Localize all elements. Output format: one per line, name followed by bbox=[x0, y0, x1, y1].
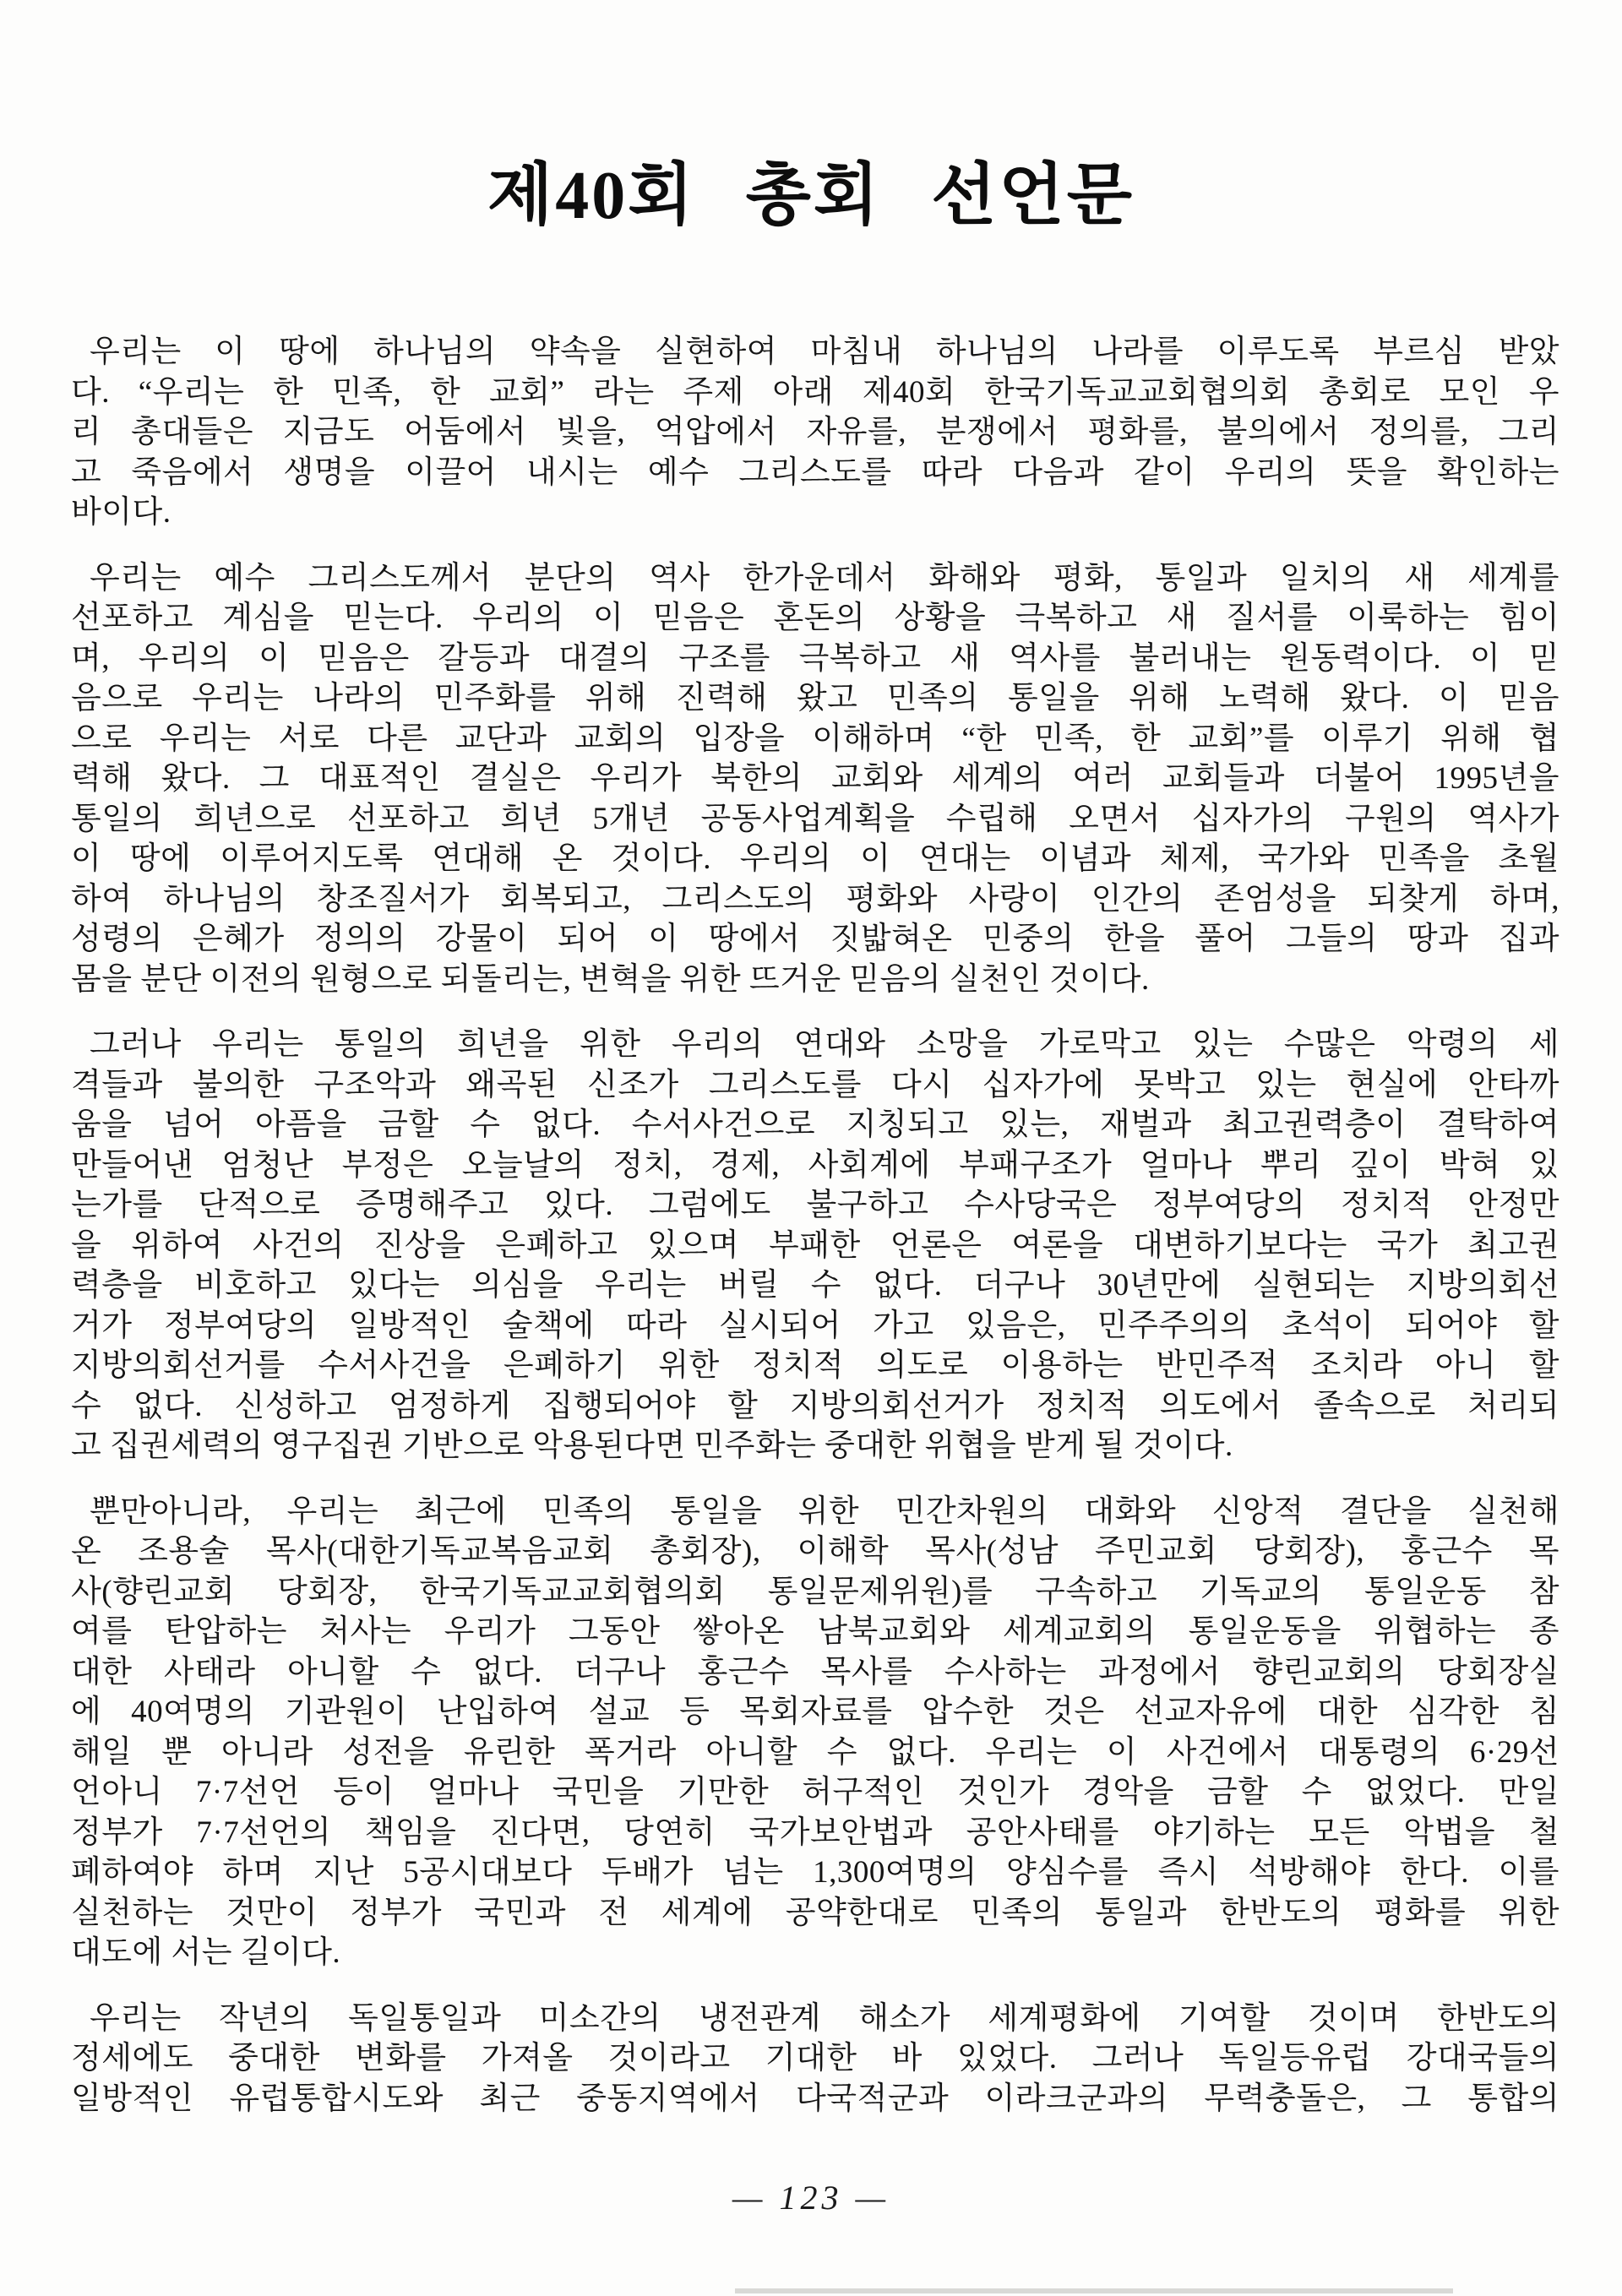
paragraph: 우리는 예수 그리스도께서 분단의 역사 한가운데서 화해와 평화, 통일과 일… bbox=[71, 558, 1559, 1000]
text-line: 실천하는 것만이 정부가 국민과 전 세계에 공약한대로 민족의 통일과 한반도… bbox=[71, 1893, 1559, 1934]
text-line: 음으로 우리는 나라의 민주화를 위해 진력해 왔고 민족의 통일을 위해 노력… bbox=[71, 678, 1559, 719]
scanned-document-page: 제40회 총회 선언문 우리는 이 땅에 하나님의 약속을 실현하여 마침내 하… bbox=[0, 0, 1622, 2296]
text-line: 는가를 단적으로 증명해주고 있다. 그럼에도 불구하고 수사당국은 정부여당의… bbox=[71, 1185, 1559, 1226]
text-line: 일방적인 유럽통합시도와 최근 중동지역에서 다국적군과 이라크군과의 무력충돌… bbox=[71, 2079, 1559, 2119]
text-line: 몸을 분단 이전의 원형으로 되돌리는, 변혁을 위한 뜨거운 믿음의 실천인 … bbox=[71, 960, 1559, 1000]
text-line: 으로 우리는 서로 다른 교단과 교회의 입장을 이해하며 “한 민족, 한 교… bbox=[71, 719, 1559, 759]
text-line: 우리는 이 땅에 하나님의 약속을 실현하여 마침내 하나님의 나라를 이루도록… bbox=[71, 332, 1559, 373]
text-line: 만들어낸 엄청난 부정은 오늘날의 정치, 경제, 사회계에 부패구조가 얼마나… bbox=[71, 1145, 1559, 1186]
text-line: 언아니 7·7선언 등이 얼마나 국민을 기만한 허구적인 것인가 경악을 금할… bbox=[71, 1772, 1559, 1813]
text-line: 거가 정부여당의 일방적인 술책에 따라 실시되어 가고 있음은, 민주주의의 … bbox=[71, 1306, 1559, 1347]
text-line: 대한 사태라 아니할 수 없다. 더구나 홍근수 목사를 수사하는 과정에서 향… bbox=[71, 1652, 1559, 1693]
text-line: 통일의 희년으로 선포하고 희년 5개년 공동사업계획을 수립해 오면서 십자가… bbox=[71, 799, 1559, 840]
text-line: 이 땅에 이루어지도록 연대해 온 것이다. 우리의 이 연대는 이념과 체제,… bbox=[71, 839, 1559, 879]
text-line: 뿐만아니라, 우리는 최근에 민족의 통일을 위한 민간차원의 대화와 신앙적 … bbox=[71, 1492, 1559, 1532]
text-line: 다. “우리는 한 민족, 한 교회” 라는 주제 아래 제40회 한국기독교교… bbox=[71, 373, 1559, 413]
text-line: 성령의 은혜가 정의의 강물이 되어 이 땅에서 짓밟혀온 민중의 한을 풀어 … bbox=[71, 919, 1559, 960]
text-line: 해일 뿐 아니라 성전을 유린한 폭거라 아니할 수 없다. 우리는 이 사건에… bbox=[71, 1733, 1559, 1773]
text-line: 격들과 불의한 구조악과 왜곡된 신조가 그리스도를 다시 십자가에 못박고 있… bbox=[71, 1065, 1559, 1106]
document-title: 제40회 총회 선언문 bbox=[0, 140, 1622, 237]
text-line: 정세에도 중대한 변화를 가져올 것이라고 기대한 바 있었다. 그러나 독일등… bbox=[71, 2038, 1559, 2079]
text-line: 폐하여야 하며 지난 5공시대보다 두배가 넘는 1,300여명의 양심수를 즉… bbox=[71, 1853, 1559, 1893]
text-line: 대도에 서는 길이다. bbox=[71, 1933, 1559, 1973]
text-line: 온 조용술 목사(대한기독교복음교회 총회장), 이해학 목사(성남 주민교회 … bbox=[71, 1532, 1559, 1572]
text-line: 에 40여명의 기관원이 난입하여 설교 등 목회자료를 압수한 것은 선교자유… bbox=[71, 1692, 1559, 1733]
text-line: 우리는 작년의 독일통일과 미소간의 냉전관계 해소가 세계평화에 기여할 것이… bbox=[71, 1999, 1559, 2039]
text-line: 바이다. bbox=[71, 492, 1559, 533]
text-line: 사(향린교회 당회장, 한국기독교교회협의회 통일문제위원)를 구속하고 기독교… bbox=[71, 1572, 1559, 1613]
text-line: 움을 넘어 아픔을 금할 수 없다. 수서사건으로 지칭되고 있는, 재벌과 최… bbox=[71, 1105, 1559, 1145]
text-line: 며, 우리의 이 믿음은 갈등과 대결의 구조를 극복하고 새 역사를 불러내는… bbox=[71, 639, 1559, 679]
text-line: 하여 하나님의 창조질서가 회복되고, 그리스도의 평화와 사랑이 인간의 존엄… bbox=[71, 879, 1559, 920]
paragraph: 뿐만아니라, 우리는 최근에 민족의 통일을 위한 민간차원의 대화와 신앙적 … bbox=[71, 1492, 1559, 1973]
paragraph: 우리는 이 땅에 하나님의 약속을 실현하여 마침내 하나님의 나라를 이루도록… bbox=[71, 332, 1559, 533]
text-line: 우리는 예수 그리스도께서 분단의 역사 한가운데서 화해와 평화, 통일과 일… bbox=[71, 558, 1559, 599]
paragraph: 그러나 우리는 통일의 희년을 위한 우리의 연대와 소망을 가로막고 있는 수… bbox=[71, 1025, 1559, 1466]
text-line: 지방의회선거를 수서사건을 은폐하기 위한 정치적 의도로 이용하는 반민주적 … bbox=[71, 1346, 1559, 1386]
scan-artifact bbox=[735, 2288, 1453, 2293]
text-line: 고 집권세력의 영구집권 기반으로 악용된다면 민주화는 중대한 위협을 받게 … bbox=[71, 1426, 1559, 1466]
text-line: 을 위하여 사건의 진상을 은폐하고 있으며 부패한 언론은 여론을 대변하기보… bbox=[71, 1226, 1559, 1266]
text-line: 여를 탄압하는 처사는 우리가 그동안 쌓아온 남북교회와 세계교회의 통일운동… bbox=[71, 1612, 1559, 1652]
page-number: — 123 — bbox=[0, 2178, 1622, 2217]
text-line: 력층을 비호하고 있다는 의심을 우리는 버릴 수 없다. 더구나 30년만에 … bbox=[71, 1265, 1559, 1306]
text-line: 력해 왔다. 그 대표적인 결실은 우리가 북한의 교회와 세계의 여러 교회들… bbox=[71, 759, 1559, 799]
text-line: 리 총대들은 지금도 어둠에서 빛을, 억압에서 자유를, 분쟁에서 평화를, … bbox=[71, 412, 1559, 453]
text-line: 그러나 우리는 통일의 희년을 위한 우리의 연대와 소망을 가로막고 있는 수… bbox=[71, 1025, 1559, 1065]
text-line: 고 죽음에서 생명을 이끌어 내시는 예수 그리스도를 따라 다음과 같이 우리… bbox=[71, 453, 1559, 493]
paragraph: 우리는 작년의 독일통일과 미소간의 냉전관계 해소가 세계평화에 기여할 것이… bbox=[71, 1999, 1559, 2119]
text-line: 수 없다. 신성하고 엄정하게 집행되어야 할 지방의회선거가 정치적 의도에서… bbox=[71, 1386, 1559, 1427]
text-line: 정부가 7·7선언의 책임을 진다면, 당연히 국가보안법과 공안사태를 야기하… bbox=[71, 1813, 1559, 1853]
text-line: 선포하고 계심을 믿는다. 우리의 이 믿음은 혼돈의 상황을 극복하고 새 질… bbox=[71, 598, 1559, 639]
document-body: 우리는 이 땅에 하나님의 약속을 실현하여 마침내 하나님의 나라를 이루도록… bbox=[71, 332, 1559, 2144]
